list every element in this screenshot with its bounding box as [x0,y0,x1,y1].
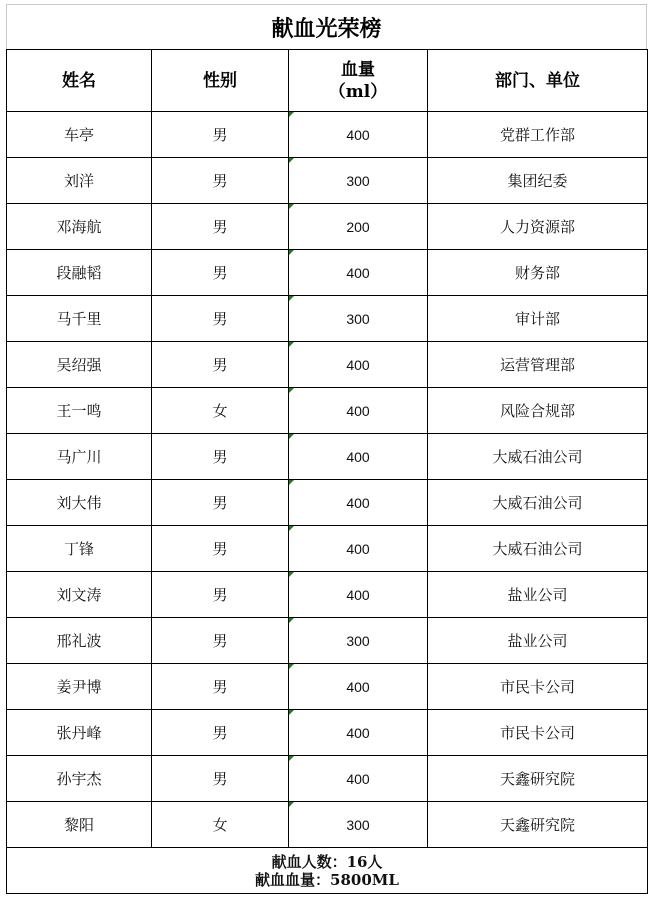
cell-department[interactable]: 大威石油公司 [428,480,648,526]
volume-header-line1: 血量 [289,59,427,81]
summary-cell[interactable]: 献血人数：16人 献血血量：5800ML [7,848,648,894]
cell-name[interactable]: 孙宇杰 [7,756,152,802]
table-row: 王一鸣女400风险合规部 [7,388,648,434]
cell-name[interactable]: 王一鸣 [7,388,152,434]
cell-gender[interactable]: 男 [152,710,289,756]
cell-name[interactable]: 邢礼波 [7,618,152,664]
total-volume: 献血血量：5800ML [7,871,647,889]
cell-name[interactable]: 黎阳 [7,802,152,848]
footer-row: 献血人数：16人 献血血量：5800ML [7,848,648,894]
cell-gender[interactable]: 男 [152,250,289,296]
cell-name[interactable]: 刘大伟 [7,480,152,526]
cell-gender[interactable]: 男 [152,618,289,664]
column-header-name[interactable]: 姓名 [7,50,152,112]
column-header-department[interactable]: 部门、单位 [428,50,648,112]
cell-gender[interactable]: 女 [152,802,289,848]
table-row: 刘洋男300集团纪委 [7,158,648,204]
cell-name[interactable]: 刘洋 [7,158,152,204]
cell-volume[interactable]: 400 [289,342,428,388]
cell-volume[interactable]: 400 [289,112,428,158]
cell-name[interactable]: 段融韬 [7,250,152,296]
cell-name[interactable]: 马千里 [7,296,152,342]
table-row: 刘大伟男400大威石油公司 [7,480,648,526]
table-row: 车亭男400党群工作部 [7,112,648,158]
table-row: 张丹峰男400市民卡公司 [7,710,648,756]
cell-volume[interactable]: 400 [289,388,428,434]
cell-department[interactable]: 党群工作部 [428,112,648,158]
header-row: 姓名 性别 血量 （ml） 部门、单位 [7,50,648,112]
cell-gender[interactable]: 男 [152,480,289,526]
cell-volume[interactable]: 400 [289,572,428,618]
table-row: 黎阳女300天鑫研究院 [7,802,648,848]
cell-department[interactable]: 风险合规部 [428,388,648,434]
cell-gender[interactable]: 女 [152,388,289,434]
column-header-volume[interactable]: 血量 （ml） [289,50,428,112]
honor-roll-sheet: 献血光荣榜 姓名 性别 血量 （ml） 部门、单位 车亭男400党群工作部刘洋男… [6,4,647,894]
cell-department[interactable]: 盐业公司 [428,618,648,664]
cell-department[interactable]: 人力资源部 [428,204,648,250]
column-header-gender[interactable]: 性别 [152,50,289,112]
table-row: 马千里男300审计部 [7,296,648,342]
cell-volume[interactable]: 400 [289,250,428,296]
cell-volume[interactable]: 200 [289,204,428,250]
cell-gender[interactable]: 男 [152,434,289,480]
donor-table: 姓名 性别 血量 （ml） 部门、单位 车亭男400党群工作部刘洋男300集团纪… [6,49,648,894]
table-row: 刘文涛男400盐业公司 [7,572,648,618]
cell-department[interactable]: 审计部 [428,296,648,342]
donor-count: 献血人数：16人 [7,853,647,871]
cell-gender[interactable]: 男 [152,526,289,572]
cell-volume[interactable]: 300 [289,802,428,848]
cell-name[interactable]: 刘文涛 [7,572,152,618]
cell-volume[interactable]: 400 [289,664,428,710]
cell-department[interactable]: 天鑫研究院 [428,802,648,848]
cell-volume[interactable]: 400 [289,480,428,526]
table-row: 孙宇杰男400天鑫研究院 [7,756,648,802]
cell-department[interactable]: 运营管理部 [428,342,648,388]
cell-department[interactable]: 盐业公司 [428,572,648,618]
cell-volume[interactable]: 400 [289,710,428,756]
cell-department[interactable]: 市民卡公司 [428,664,648,710]
cell-gender[interactable]: 男 [152,296,289,342]
cell-name[interactable]: 马广川 [7,434,152,480]
table-row: 邓海航男200人力资源部 [7,204,648,250]
cell-name[interactable]: 邓海航 [7,204,152,250]
cell-department[interactable]: 市民卡公司 [428,710,648,756]
cell-volume[interactable]: 300 [289,296,428,342]
cell-department[interactable]: 财务部 [428,250,648,296]
cell-volume[interactable]: 400 [289,526,428,572]
cell-gender[interactable]: 男 [152,158,289,204]
table-row: 段融韬男400财务部 [7,250,648,296]
volume-header-line2: （ml） [289,81,427,103]
cell-volume[interactable]: 300 [289,618,428,664]
cell-department[interactable]: 大威石油公司 [428,526,648,572]
cell-gender[interactable]: 男 [152,204,289,250]
cell-department[interactable]: 天鑫研究院 [428,756,648,802]
cell-gender[interactable]: 男 [152,112,289,158]
table-row: 吴绍强男400运营管理部 [7,342,648,388]
cell-name[interactable]: 车亭 [7,112,152,158]
cell-department[interactable]: 大威石油公司 [428,434,648,480]
cell-gender[interactable]: 男 [152,756,289,802]
table-row: 姜尹博男400市民卡公司 [7,664,648,710]
table-row: 邢礼波男300盐业公司 [7,618,648,664]
cell-name[interactable]: 姜尹博 [7,664,152,710]
cell-gender[interactable]: 男 [152,342,289,388]
cell-name[interactable]: 丁锋 [7,526,152,572]
cell-volume[interactable]: 400 [289,434,428,480]
cell-name[interactable]: 吴绍强 [7,342,152,388]
cell-department[interactable]: 集团纪委 [428,158,648,204]
cell-name[interactable]: 张丹峰 [7,710,152,756]
cell-gender[interactable]: 男 [152,664,289,710]
sheet-title: 献血光荣榜 [6,4,647,49]
table-row: 马广川男400大威石油公司 [7,434,648,480]
cell-gender[interactable]: 男 [152,572,289,618]
cell-volume[interactable]: 400 [289,756,428,802]
table-row: 丁锋男400大威石油公司 [7,526,648,572]
cell-volume[interactable]: 300 [289,158,428,204]
